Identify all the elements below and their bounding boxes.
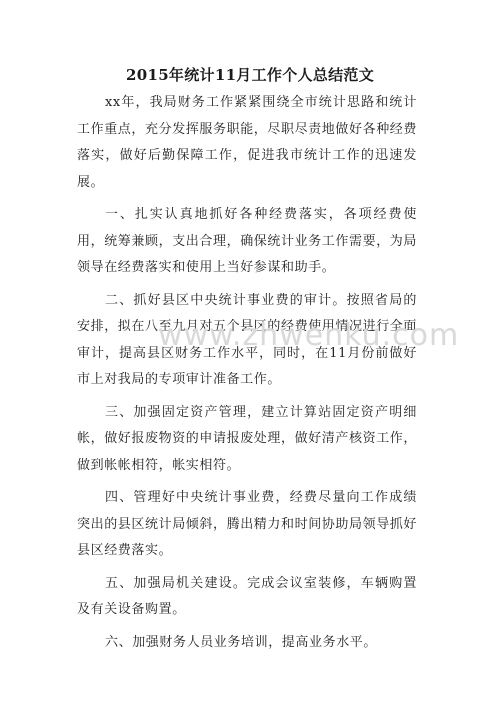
document-page: 2015年统计11月工作个人总结范文 xx年，我局财务工作紧紧围绕全市统计思路和…	[0, 0, 500, 707]
paragraph-item-5: 五、加强局机关建设。完成会议室装修，车辆购置及有关设备购置。	[77, 571, 417, 624]
document-title: 2015年统计11月工作个人总结范文	[0, 64, 500, 86]
paragraph-item-3: 三、加强固定资产管理，建立计算站固定资产明细帐，做好报废物资的申请报废处理，做好…	[77, 400, 417, 480]
paragraph-intro: xx年，我局财务工作紧紧围绕全市统计思路和统计工作重点，充分发挥服务职能，尽职尽…	[77, 90, 417, 196]
watermark: www.zhwenku.com	[158, 318, 459, 353]
paragraph-item-1: 一、扎实认真地抓好各种经费落实，各项经费使用，统筹兼顾，支出合理，确保统计业务工…	[77, 202, 417, 282]
document-body: xx年，我局财务工作紧紧围绕全市统计思路和统计工作重点，充分发挥服务职能，尽职尽…	[77, 90, 417, 662]
paragraph-item-4: 四、管理好中央统计事业费，经费尽量向工作成绩突出的县区统计局倾斜，腾出精力和时间…	[77, 485, 417, 565]
paragraph-item-6: 六、加强财务人员业务培训，提高业务水平。	[77, 630, 417, 657]
